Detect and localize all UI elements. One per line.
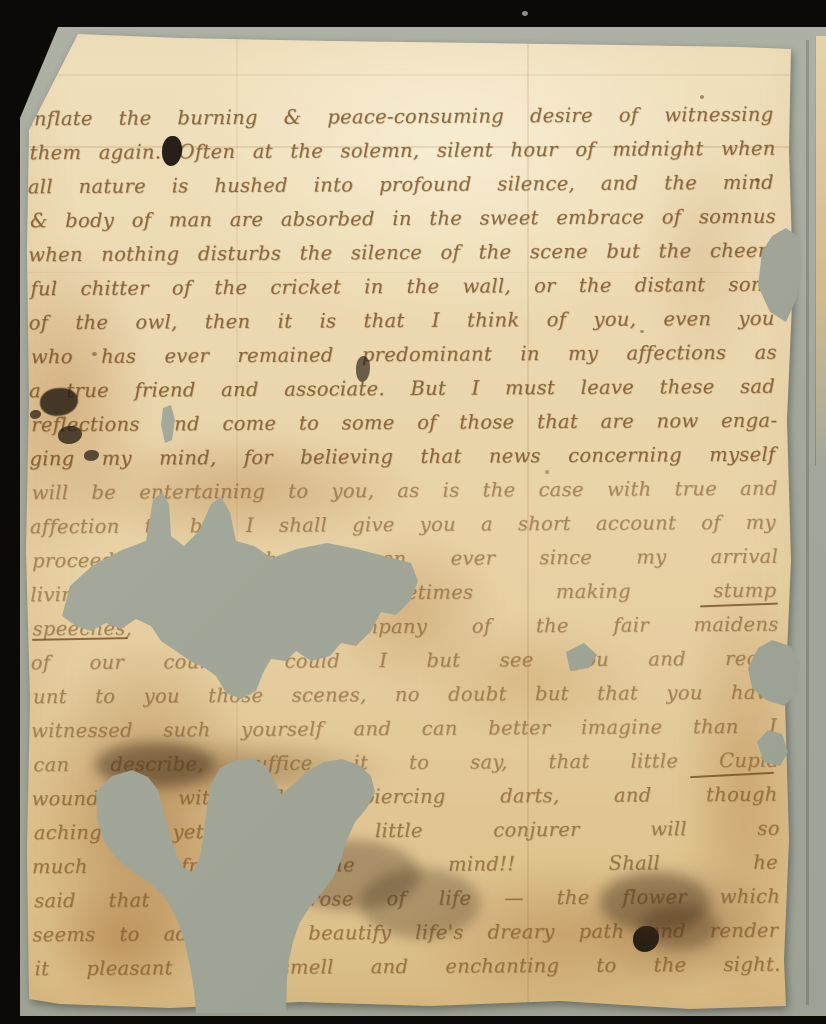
handwriting-line: inflate the burning & peace-consuming de… bbox=[27, 98, 773, 137]
handwriting-line: when nothing disturbs the silence of the… bbox=[28, 234, 774, 273]
handwriting-line: who has ever remained predominant in my … bbox=[31, 336, 777, 375]
ink-blot-right-edge bbox=[795, 185, 805, 211]
paper-speck bbox=[640, 330, 644, 333]
smudge-bottom-2 bbox=[360, 868, 480, 938]
paper-speck bbox=[92, 352, 97, 356]
handwriting-line: reflections and come to some of those th… bbox=[31, 404, 777, 443]
handwriting-line: will be entertaining to you, as is the c… bbox=[32, 472, 778, 511]
scanned-letter-page: inflate the burning & peace-consuming de… bbox=[0, 0, 826, 1024]
letter-paper: inflate the burning & peace-consuming de… bbox=[0, 0, 826, 1024]
handwriting-line: ful chitter of the cricket in the wall, … bbox=[30, 268, 776, 307]
paper-speck bbox=[700, 95, 704, 99]
handwriting-line: of the owl, then it is that I think of y… bbox=[29, 302, 775, 341]
handwriting-line: ging my mind, for believing that news co… bbox=[29, 438, 775, 477]
handwriting-line: affection to be, I shall give you a shor… bbox=[30, 506, 776, 545]
paper-speck bbox=[755, 178, 760, 182]
handwriting-line: them again. Often at the solemn, silent … bbox=[30, 132, 776, 171]
handwriting-line: all nature is hushed into profound silen… bbox=[28, 166, 774, 205]
handwriting-line: unt to you those scenes, no doubt but th… bbox=[33, 676, 779, 715]
crease-horizontal-2 bbox=[0, 74, 826, 76]
handwriting-line: it pleasant the smell and enchanting to … bbox=[34, 948, 780, 987]
handwriting-line: of our country, could I but see you and … bbox=[31, 642, 777, 681]
handwriting-line: a true friend and associate. But I must … bbox=[29, 370, 775, 409]
handwriting-line: & body of man are absorbed in the sweet … bbox=[30, 200, 776, 239]
letter-paper-wrap: inflate the burning & peace-consuming de… bbox=[0, 0, 826, 1024]
smudge-bottom-4 bbox=[640, 905, 720, 950]
paper-speck bbox=[545, 470, 549, 474]
